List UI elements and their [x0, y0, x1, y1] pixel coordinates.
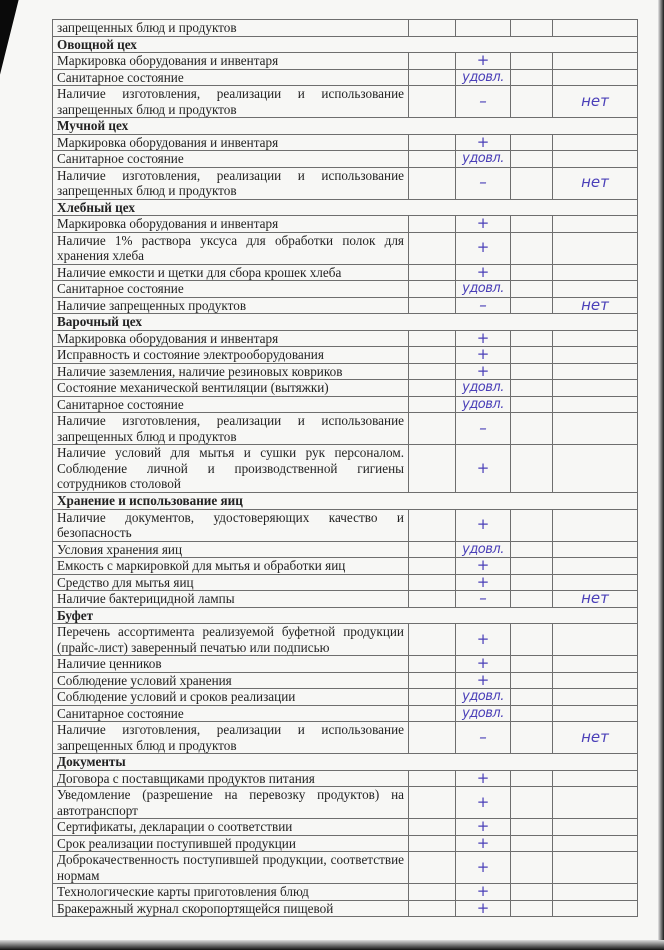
criterion-text: Санитарное состояние	[53, 396, 409, 413]
empty-cell	[409, 884, 456, 901]
empty-cell	[409, 591, 456, 608]
checklist-row: Наличие изготовления, реализации и испол…	[53, 86, 638, 118]
scan-shadow-corner	[0, 0, 20, 148]
mark-cell: –	[456, 722, 511, 754]
mark-cell: –	[456, 591, 511, 608]
empty-cell	[511, 330, 553, 347]
empty-cell	[409, 53, 456, 70]
note-cell	[553, 69, 638, 86]
inspection-checklist-table: запрещенных блюд и продуктов Овощной цех…	[52, 19, 638, 917]
mark-cell: +	[456, 134, 511, 151]
mark-cell: –	[456, 167, 511, 199]
checklist-row: Маркировка оборудования и инвентаря+	[53, 134, 638, 151]
checklist-row: Перечень ассортимента реализуемой буфетн…	[53, 624, 638, 656]
empty-cell	[409, 216, 456, 233]
note-cell	[553, 281, 638, 298]
note-cell: нет	[553, 167, 638, 199]
mark-cell: +	[456, 445, 511, 493]
empty-cell	[511, 69, 553, 86]
empty-cell	[409, 297, 456, 314]
criterion-text: Договора с поставщиками продуктов питани…	[53, 770, 409, 787]
note-cell	[553, 656, 638, 673]
empty-cell	[511, 656, 553, 673]
note-cell	[553, 770, 638, 787]
mark-cell: +	[456, 216, 511, 233]
checklist-row: Маркировка оборудования и инвентаря+	[53, 216, 638, 233]
criterion-text: Маркировка оборудования и инвентаря	[53, 134, 409, 151]
checklist-row: Наличие ценников+	[53, 656, 638, 673]
empty-cell	[511, 770, 553, 787]
checklist-row: Средство для мытья яиц+	[53, 574, 638, 591]
empty-cell	[409, 413, 456, 445]
criterion-text: Санитарное состояние	[53, 69, 409, 86]
criterion-text: Маркировка оборудования и инвентаря	[53, 53, 409, 70]
criterion-text: Перечень ассортимента реализуемой буфетн…	[53, 624, 409, 656]
mark-cell: +	[456, 770, 511, 787]
empty-cell	[409, 835, 456, 852]
mark-cell: +	[456, 509, 511, 541]
checklist-row: Исправность и состояние электрооборудова…	[53, 347, 638, 364]
section-header-row: Буфет	[53, 607, 638, 624]
empty-cell	[409, 787, 456, 819]
criterion-text: Наличие изготовления, реализации и испол…	[53, 86, 409, 118]
section-header-row: Варочный цех	[53, 314, 638, 331]
note-cell	[553, 835, 638, 852]
checklist-row: Наличие документов, удостоверяющих качес…	[53, 509, 638, 541]
checklist-row: Санитарное состояниеудовл.	[53, 151, 638, 168]
note-cell	[553, 330, 638, 347]
criterion-text: Наличие емкости и щетки для сбора крошек…	[53, 264, 409, 281]
checklist-row: Маркировка оборудования и инвентаря+	[53, 53, 638, 70]
checklist-row: Санитарное состояниеудовл.	[53, 69, 638, 86]
mark-cell: удовл.	[456, 69, 511, 86]
note-cell	[553, 672, 638, 689]
empty-cell	[511, 509, 553, 541]
criterion-text: Сертификаты, декларации о соответствии	[53, 819, 409, 836]
empty-cell	[511, 232, 553, 264]
empty-cell	[511, 835, 553, 852]
empty-cell	[511, 558, 553, 575]
criterion-text: Наличие ценников	[53, 656, 409, 673]
empty-cell	[511, 20, 553, 37]
empty-cell	[409, 445, 456, 493]
mark-cell: –	[456, 86, 511, 118]
empty-cell	[409, 347, 456, 364]
criterion-text: Наличие изготовления, реализации и испол…	[53, 167, 409, 199]
note-cell	[553, 445, 638, 493]
empty-cell	[511, 151, 553, 168]
empty-cell	[409, 363, 456, 380]
mark-cell: удовл.	[456, 689, 511, 706]
mark-cell: +	[456, 835, 511, 852]
section-title: Мучной цех	[53, 118, 638, 135]
criterion-text: Наличие документов, удостоверяющих качес…	[53, 509, 409, 541]
empty-cell	[511, 134, 553, 151]
criterion-text: запрещенных блюд и продуктов	[53, 20, 409, 37]
section-title: Документы	[53, 754, 638, 771]
empty-cell	[511, 672, 553, 689]
empty-cell	[409, 134, 456, 151]
note-cell	[553, 705, 638, 722]
empty-cell	[511, 819, 553, 836]
checklist-row: Емкость с маркировкой для мытья и обрабо…	[53, 558, 638, 575]
note-cell	[553, 884, 638, 901]
empty-cell	[511, 574, 553, 591]
checklist-body: запрещенных блюд и продуктов Овощной цех…	[53, 20, 638, 917]
criterion-text: Бракеражный журнал скоропортящейся пищев…	[53, 900, 409, 917]
empty-cell	[409, 151, 456, 168]
empty-cell	[409, 819, 456, 836]
section-title: Хранение и использование яиц	[53, 493, 638, 510]
checklist-row: Соблюдение условий и сроков реализацииуд…	[53, 689, 638, 706]
empty-cell	[511, 787, 553, 819]
empty-cell	[409, 509, 456, 541]
mark-cell: –	[456, 413, 511, 445]
note-cell	[553, 558, 638, 575]
empty-cell	[511, 900, 553, 917]
mark-cell: +	[456, 53, 511, 70]
section-header-row: Овощной цех	[53, 36, 638, 53]
empty-cell	[409, 689, 456, 706]
empty-cell	[409, 330, 456, 347]
empty-cell	[511, 167, 553, 199]
criterion-text: Маркировка оборудования и инвентаря	[53, 216, 409, 233]
empty-cell	[409, 900, 456, 917]
mark-cell: +	[456, 787, 511, 819]
criterion-text: Наличие запрещенных продуктов	[53, 297, 409, 314]
checklist-row: Наличие условий для мытья и сушки рук пе…	[53, 445, 638, 493]
mark-cell: +	[456, 347, 511, 364]
note-cell	[553, 900, 638, 917]
checklist-row: Условия хранения яицудовл.	[53, 541, 638, 558]
empty-cell	[409, 705, 456, 722]
note-cell	[553, 151, 638, 168]
empty-cell	[511, 216, 553, 233]
note-cell	[553, 396, 638, 413]
criterion-text: Санитарное состояние	[53, 281, 409, 298]
empty-cell	[409, 541, 456, 558]
empty-cell	[409, 20, 456, 37]
note-cell: нет	[553, 86, 638, 118]
criterion-text: Состояние механической вентиляции (вытяж…	[53, 380, 409, 397]
section-title: Буфет	[53, 607, 638, 624]
mark-cell: +	[456, 363, 511, 380]
empty-cell	[409, 656, 456, 673]
note-cell	[553, 264, 638, 281]
empty-cell	[511, 396, 553, 413]
note-cell	[553, 509, 638, 541]
checklist-row: Технологические карты приготовления блюд…	[53, 884, 638, 901]
section-header-row: Мучной цех	[53, 118, 638, 135]
note-cell	[553, 689, 638, 706]
empty-cell	[409, 852, 456, 884]
criterion-text: Маркировка оборудования и инвентаря	[53, 330, 409, 347]
mark-cell: +	[456, 656, 511, 673]
section-header-row: Хранение и использование яиц	[53, 493, 638, 510]
empty-cell	[409, 86, 456, 118]
note-cell	[553, 624, 638, 656]
checklist-row: Уведомление (разрешение на перевозку про…	[53, 787, 638, 819]
criterion-text: Наличие заземления, наличие резиновых ко…	[53, 363, 409, 380]
checklist-row: Санитарное состояниеудовл.	[53, 396, 638, 413]
section-title: Варочный цех	[53, 314, 638, 331]
empty-cell	[511, 347, 553, 364]
criterion-text: Условия хранения яиц	[53, 541, 409, 558]
empty-cell	[409, 672, 456, 689]
checklist-row: Сертификаты, декларации о соответствии+	[53, 819, 638, 836]
mark-cell: удовл.	[456, 281, 511, 298]
criterion-text: Срок реализации поступившей продукции	[53, 835, 409, 852]
checklist-row: Наличие емкости и щетки для сбора крошек…	[53, 264, 638, 281]
note-cell	[553, 541, 638, 558]
empty-cell	[409, 232, 456, 264]
note-cell: нет	[553, 297, 638, 314]
note-cell	[553, 232, 638, 264]
empty-cell	[511, 705, 553, 722]
mark-cell: +	[456, 900, 511, 917]
note-cell	[553, 852, 638, 884]
note-cell	[553, 413, 638, 445]
criterion-text: Санитарное состояние	[53, 151, 409, 168]
criterion-text: Соблюдение условий хранения	[53, 672, 409, 689]
criterion-text: Наличие бактерицидной лампы	[53, 591, 409, 608]
checklist-row: Договора с поставщиками продуктов питани…	[53, 770, 638, 787]
criterion-text: Средство для мытья яиц	[53, 574, 409, 591]
scan-shadow-bottom	[0, 940, 664, 950]
empty-cell	[511, 591, 553, 608]
empty-cell	[511, 852, 553, 884]
note-cell	[553, 134, 638, 151]
note-cell	[553, 20, 638, 37]
section-header-row: Документы	[53, 754, 638, 771]
checklist-row: Наличие запрещенных продуктов–нет	[53, 297, 638, 314]
section-title: Овощной цех	[53, 36, 638, 53]
mark-cell: +	[456, 819, 511, 836]
note-cell	[553, 216, 638, 233]
empty-cell	[409, 380, 456, 397]
checklist-row: Маркировка оборудования и инвентаря+	[53, 330, 638, 347]
note-cell	[553, 819, 638, 836]
note-cell: нет	[553, 722, 638, 754]
mark-cell: удовл.	[456, 396, 511, 413]
empty-cell	[409, 264, 456, 281]
criterion-text: Наличие условий для мытья и сушки рук пе…	[53, 445, 409, 493]
empty-cell	[511, 53, 553, 70]
checklist-row: Соблюдение условий хранения+	[53, 672, 638, 689]
empty-cell	[511, 86, 553, 118]
empty-cell	[511, 281, 553, 298]
empty-cell	[511, 722, 553, 754]
empty-cell	[511, 624, 553, 656]
criterion-text: Санитарное состояние	[53, 705, 409, 722]
checklist-row: Наличие изготовления, реализации и испол…	[53, 413, 638, 445]
note-cell: нет	[553, 591, 638, 608]
continuation-row: запрещенных блюд и продуктов	[53, 20, 638, 37]
mark-cell: +	[456, 264, 511, 281]
mark-cell: удовл.	[456, 380, 511, 397]
mark-cell: +	[456, 232, 511, 264]
checklist-row: Санитарное состояниеудовл.	[53, 281, 638, 298]
empty-cell	[511, 689, 553, 706]
checklist-row: Наличие заземления, наличие резиновых ко…	[53, 363, 638, 380]
note-cell	[553, 363, 638, 380]
section-title: Хлебный цех	[53, 199, 638, 216]
empty-cell	[409, 281, 456, 298]
empty-cell	[409, 624, 456, 656]
mark-cell: +	[456, 672, 511, 689]
empty-cell	[511, 380, 553, 397]
empty-cell	[409, 69, 456, 86]
checklist-row: Состояние механической вентиляции (вытяж…	[53, 380, 638, 397]
criterion-text: Наличие 1% раствора уксуса для обработки…	[53, 232, 409, 264]
checklist-row: Доброкачественность поступившей продукци…	[53, 852, 638, 884]
note-cell	[553, 380, 638, 397]
section-header-row: Хлебный цех	[53, 199, 638, 216]
empty-cell	[511, 884, 553, 901]
empty-cell	[409, 167, 456, 199]
empty-cell	[511, 541, 553, 558]
empty-cell	[511, 264, 553, 281]
checklist-row: Наличие изготовления, реализации и испол…	[53, 167, 638, 199]
empty-cell	[409, 396, 456, 413]
empty-cell	[409, 770, 456, 787]
empty-cell	[409, 722, 456, 754]
scan-shadow-right	[658, 0, 664, 950]
note-cell	[553, 787, 638, 819]
criterion-text: Уведомление (разрешение на перевозку про…	[53, 787, 409, 819]
checklist-row: Наличие бактерицидной лампы–нет	[53, 591, 638, 608]
empty-cell	[511, 445, 553, 493]
checklist-row: Бракеражный журнал скоропортящейся пищев…	[53, 900, 638, 917]
mark-cell: +	[456, 884, 511, 901]
checklist-row: Срок реализации поступившей продукции+	[53, 835, 638, 852]
empty-cell	[511, 413, 553, 445]
empty-cell	[409, 558, 456, 575]
criterion-text: Соблюдение условий и сроков реализации	[53, 689, 409, 706]
mark-cell: удовл.	[456, 705, 511, 722]
criterion-text: Технологические карты приготовления блюд	[53, 884, 409, 901]
mark-cell: –	[456, 297, 511, 314]
mark-cell: +	[456, 558, 511, 575]
mark-cell	[456, 20, 511, 37]
note-cell	[553, 347, 638, 364]
checklist-row: Наличие 1% раствора уксуса для обработки…	[53, 232, 638, 264]
checklist-row: Санитарное состояниеудовл.	[53, 705, 638, 722]
criterion-text: Наличие изготовления, реализации и испол…	[53, 722, 409, 754]
empty-cell	[511, 363, 553, 380]
empty-cell	[511, 297, 553, 314]
criterion-text: Исправность и состояние электрооборудова…	[53, 347, 409, 364]
mark-cell: +	[456, 852, 511, 884]
criterion-text: Наличие изготовления, реализации и испол…	[53, 413, 409, 445]
note-cell	[553, 53, 638, 70]
criterion-text: Емкость с маркировкой для мытья и обрабо…	[53, 558, 409, 575]
mark-cell: удовл.	[456, 151, 511, 168]
empty-cell	[409, 574, 456, 591]
checklist-row: Наличие изготовления, реализации и испол…	[53, 722, 638, 754]
criterion-text: Доброкачественность поступившей продукци…	[53, 852, 409, 884]
mark-cell: +	[456, 624, 511, 656]
